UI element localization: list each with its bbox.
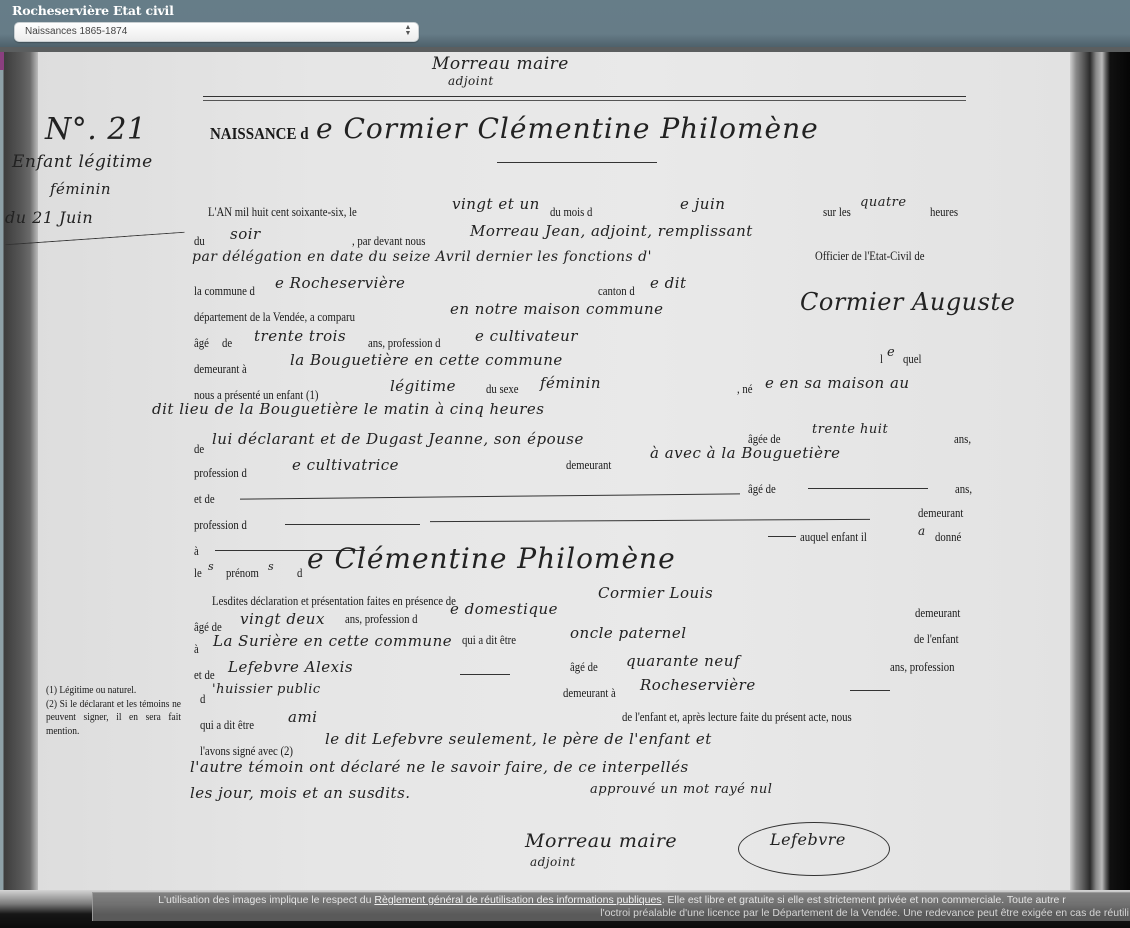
text-line-6c: ans, profession d	[368, 336, 441, 351]
hand-line-11a: e cultivatrice	[292, 456, 399, 474]
footnote-2: (2) Si le déclarant et les témoins ne pe…	[46, 698, 181, 739]
hand-line-2a: soir	[230, 225, 261, 243]
text-line-4a: la commune d	[194, 284, 255, 299]
text-line-5a: département de la Vendée, a comparu	[194, 310, 355, 325]
title-top-rule	[203, 96, 966, 101]
text-line-12b: âgé de	[748, 482, 776, 497]
margin-line-1: Enfant légitime	[12, 152, 153, 172]
hand-line-4b: e dit	[650, 274, 687, 292]
hand-line-24b: approuvé un mot rayé nul	[590, 782, 772, 797]
text-line-1a: L'AN mil huit cent soixante-six, le	[208, 205, 357, 220]
hand-line-6a: trente trois	[254, 327, 346, 345]
hand-line-5a: en notre maison commune	[450, 300, 664, 318]
hand-line-17a: vingt deux	[240, 610, 325, 628]
hand-line-2b: Morreau Jean, adjoint, remplissant	[470, 222, 753, 240]
text-line-18c: de l'enfant	[914, 632, 959, 647]
hand-line-8a: légitime	[390, 377, 456, 395]
text-line-4b: canton d	[598, 284, 635, 299]
text-line-14c: donné	[935, 530, 961, 545]
hand-line-8c: e en sa maison au	[765, 374, 910, 392]
hand-line-15a: s	[208, 560, 214, 573]
text-line-8c: , né	[737, 382, 753, 397]
hand-line-7b: e	[887, 345, 895, 360]
text-line-7c: quel	[903, 352, 922, 367]
text-line-10a: de	[194, 442, 204, 457]
text-line-15a: le	[194, 566, 202, 581]
hand-line-24a: les jour, mois et an susdits.	[190, 784, 411, 802]
blank-rule-13a	[285, 524, 420, 525]
text-line-17b: ans, profession d	[345, 612, 418, 627]
text-line-15c: d	[297, 566, 302, 581]
text-line-21a: qui a dit être	[200, 718, 254, 733]
text-line-13a: profession d	[194, 518, 247, 533]
act-number: N°. 21	[45, 112, 147, 147]
text-line-7a: demeurant à	[194, 362, 247, 377]
text-line-19a: et de	[194, 668, 215, 683]
hand-line-18a: La Surière en cette commune	[213, 632, 452, 650]
text-line-15b: prénom	[226, 566, 259, 581]
blank-rule-20a	[850, 690, 890, 691]
blank-rule-12b	[808, 488, 928, 489]
hand-line-6b: e cultivateur	[475, 327, 578, 345]
hand-line-14a: a	[918, 524, 926, 538]
reuse-regulation-link[interactable]: Règlement général de réutilisation des i…	[374, 894, 661, 906]
text-line-3a: Officier de l'Etat-Civil de	[815, 249, 925, 264]
notice-line-2: l'octroi préalable d'une licence par le …	[93, 907, 1130, 920]
text-line-11a: profession d	[194, 466, 247, 481]
text-line-11b: demeurant	[566, 458, 611, 473]
text-line-1b: du mois d	[550, 205, 592, 220]
text-line-18a: à	[194, 642, 199, 657]
hand-line-16a: Cormier Louis	[598, 584, 713, 602]
title-name-handwritten: e Cormier Clémentine Philomène	[316, 112, 819, 145]
hand-line-20a: 'huissier public	[212, 682, 321, 697]
blank-rule-14b	[768, 536, 796, 537]
app-header: Rocheservière Etat civil Naissances 1865…	[0, 0, 1130, 47]
footnote-1: (1) Légitime ou naturel.	[46, 684, 181, 698]
hand-line-4a: e Rocheservière	[275, 274, 405, 292]
hand-line-1a: vingt et un	[452, 195, 540, 213]
hand-line-22a: le dit Lefebvre seulement, le père de l'…	[325, 730, 712, 748]
title-ornament	[497, 162, 657, 163]
text-line-22a: l'avons signé avec (2)	[200, 744, 293, 759]
hand-line-9a: dit lieu de la Bouguetière le matin à ci…	[152, 400, 544, 418]
text-line-8b: du sexe	[486, 382, 519, 397]
text-line-6a: âgé	[194, 336, 209, 351]
page-binding-edge	[1070, 52, 1130, 928]
text-line-6b: de	[222, 336, 232, 351]
hand-line-19b: quarante neuf	[626, 652, 740, 670]
text-line-16a: Lesdites déclaration et présentation fai…	[212, 594, 456, 609]
text-line-20a: d	[200, 692, 205, 707]
register-select-value: Naissances 1865-1874	[25, 26, 127, 37]
page-left-gutter	[0, 52, 38, 928]
hand-line-5b: Cormier Auguste	[800, 288, 1015, 316]
hand-line-21a: ami	[288, 708, 317, 726]
text-line-2b: , par devant nous	[352, 234, 425, 249]
hand-line-1c: quatre	[860, 195, 907, 210]
bottom-signature-1-name: Morreau maire	[525, 830, 677, 852]
usage-notice: L'utilisation des images implique le res…	[92, 892, 1130, 921]
blank-rule-19a	[460, 674, 510, 675]
hand-line-8b: féminin	[540, 374, 601, 392]
left-accent-edge	[0, 52, 4, 70]
text-line-19b: âgé de	[570, 660, 598, 675]
text-line-1d: heures	[930, 205, 958, 220]
hand-line-15c: e Clémentine Philomène	[307, 542, 676, 575]
app-title: Rocheservière Etat civil	[12, 3, 174, 18]
hand-line-10b: trente huit	[812, 422, 888, 437]
hand-line-18b: oncle paternel	[570, 624, 687, 642]
hand-line-7a: la Bouguetière en cette commune	[290, 351, 563, 369]
text-line-18b: qui a dit être	[462, 633, 516, 648]
text-line-14a: à	[194, 544, 199, 559]
hand-line-23a: l'autre témoin ont déclaré ne le savoir …	[190, 758, 689, 776]
text-line-1c: sur les	[823, 205, 851, 220]
hand-line-10a: lui déclarant et de Dugast Jeanne, son é…	[212, 430, 584, 448]
text-line-7b: l	[880, 352, 883, 367]
text-line-12a: et de	[194, 492, 215, 507]
top-signature-name: Morreau maire	[432, 54, 569, 74]
bottom-signature-2-name: Lefebvre	[770, 830, 846, 849]
document-image-viewer[interactable]: N°. 21 Enfant légitime féminin du 21 Jui…	[0, 52, 1130, 928]
updown-arrows-icon: ▲▼	[404, 25, 412, 39]
text-line-12c: ans,	[955, 482, 972, 497]
register-select[interactable]: Naissances 1865-1874 ▲▼	[14, 22, 419, 42]
hand-line-20b: Rocheservière	[640, 676, 756, 694]
hand-line-11b: à avec à la Bouguetière	[650, 444, 841, 462]
text-line-13b: demeurant	[918, 506, 963, 521]
bottom-signature-1-title: adjoint	[530, 855, 576, 869]
margin-line-2: féminin	[50, 180, 111, 198]
hand-line-19a: Lefebvre Alexis	[228, 658, 353, 676]
hand-line-1b: e juin	[680, 195, 725, 213]
text-line-17c: demeurant	[915, 606, 960, 621]
title-print: NAISSANCE d	[210, 124, 309, 144]
text-line-19c: ans, profession	[890, 660, 955, 675]
margin-footnotes: (1) Légitime ou naturel. (2) Si le décla…	[46, 684, 181, 738]
text-line-20b: demeurant à	[563, 686, 616, 701]
top-signature-title: adjoint	[448, 74, 494, 88]
text-line-10c: ans,	[954, 432, 971, 447]
hand-line-17b: e domestique	[450, 600, 558, 618]
margin-line-3: du 21 Juin	[5, 208, 93, 227]
text-line-2a: du	[194, 234, 205, 249]
notice-suffix: . Elle est libre et gratuite si elle est…	[662, 894, 1066, 906]
text-line-14b: auquel enfant il	[800, 530, 867, 545]
text-line-21b: de l'enfant et, après lecture faite du p…	[622, 710, 852, 725]
notice-prefix: L'utilisation des images implique le res…	[158, 894, 374, 906]
header-divider	[0, 47, 1130, 52]
hand-line-3a: par délégation en date du seize Avril de…	[192, 249, 652, 265]
hand-line-15b: s	[268, 560, 274, 573]
